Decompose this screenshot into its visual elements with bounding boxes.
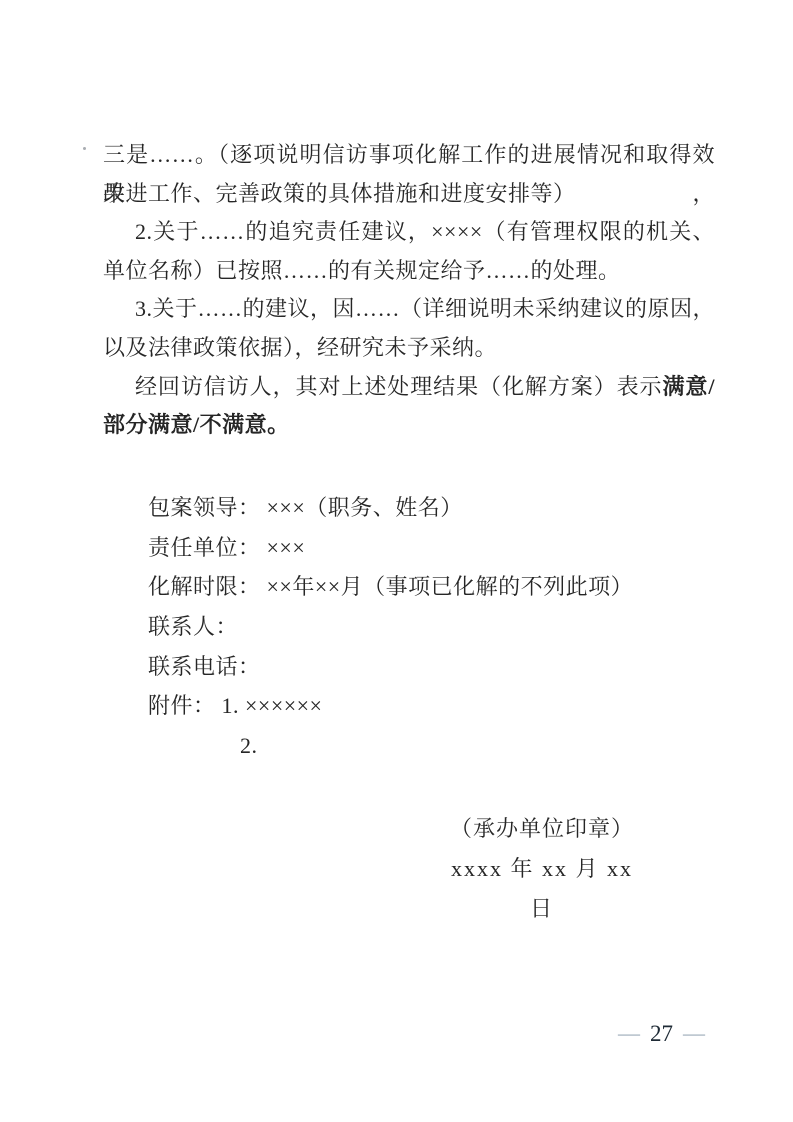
field-label: 责任单位： bbox=[148, 535, 261, 560]
field-value: 1. ×××××× bbox=[222, 693, 323, 718]
paragraph-line-7: 经回访信访人，其对上述处理结果（化解方案）表示满意/ bbox=[103, 368, 715, 407]
field-label: 附件： bbox=[148, 693, 216, 718]
field-value: ××年××月（事项已化解的不列此项） bbox=[267, 574, 634, 599]
field-label: 包案领导： bbox=[148, 495, 261, 520]
attachment-item-2: 2. bbox=[148, 726, 708, 766]
paragraph-line-8: 部分满意/不满意。 bbox=[103, 406, 715, 445]
field-contact-person: 联系人： bbox=[148, 607, 708, 647]
body-paragraphs: 三是……。（逐项说明信访事项化解工作的进展情况和取得效果， 改进工作、完善政策的… bbox=[103, 136, 715, 445]
field-label: 化解时限： bbox=[148, 574, 261, 599]
signature-block: （承办单位印章） xxxx 年 xx 月 xx 日 bbox=[441, 809, 643, 929]
field-label: 联系电话： bbox=[148, 654, 261, 679]
field-value: ×××（职务、姓名） bbox=[267, 495, 463, 520]
paragraph-line-1: 三是……。（逐项说明信访事项化解工作的进展情况和取得效果， bbox=[103, 136, 715, 175]
page-number-dash-right: — bbox=[683, 1024, 705, 1045]
field-lead-official: 包案领导：×××（职务、姓名） bbox=[148, 488, 708, 528]
seal-placeholder-note: （承办单位印章） bbox=[441, 809, 643, 849]
scan-artifact-dot bbox=[83, 147, 86, 150]
document-page: 三是……。（逐项说明信访事项化解工作的进展情况和取得效果， 改进工作、完善政策的… bbox=[0, 0, 793, 1122]
field-resolution-deadline: 化解时限：××年××月（事项已化解的不列此项） bbox=[148, 567, 708, 607]
field-contact-phone: 联系电话： bbox=[148, 647, 708, 687]
paragraph-line-4: 单位名称）已按照……的有关规定给予……的处理。 bbox=[103, 252, 715, 291]
paragraph-line-3: 2.关于……的追究责任建议，××××（有管理权限的机关、 bbox=[103, 213, 715, 252]
signature-date: xxxx 年 xx 月 xx 日 bbox=[441, 849, 643, 929]
line-7-bold-text: 满意/ bbox=[663, 374, 715, 399]
line-7-normal-text: 经回访信访人，其对上述处理结果（化解方案）表示 bbox=[135, 374, 663, 399]
field-label: 联系人： bbox=[148, 614, 238, 639]
field-attachments: 附件：1. ×××××× bbox=[148, 686, 708, 726]
page-number-dash-left: — bbox=[618, 1024, 640, 1045]
page-number: — 27 — bbox=[618, 1021, 705, 1047]
paragraph-line-6: 以及法律政策依据），经研究未予采纳。 bbox=[103, 329, 715, 368]
paragraph-line-5: 3.关于……的建议，因……（详细说明未采纳建议的原因， bbox=[103, 290, 715, 329]
fields-block: 包案领导：×××（职务、姓名） 责任单位：××× 化解时限：××年××月（事项已… bbox=[148, 488, 708, 766]
page-number-value: 27 bbox=[650, 1021, 673, 1047]
field-responsible-unit: 责任单位：××× bbox=[148, 528, 708, 568]
field-value: ××× bbox=[267, 535, 306, 560]
